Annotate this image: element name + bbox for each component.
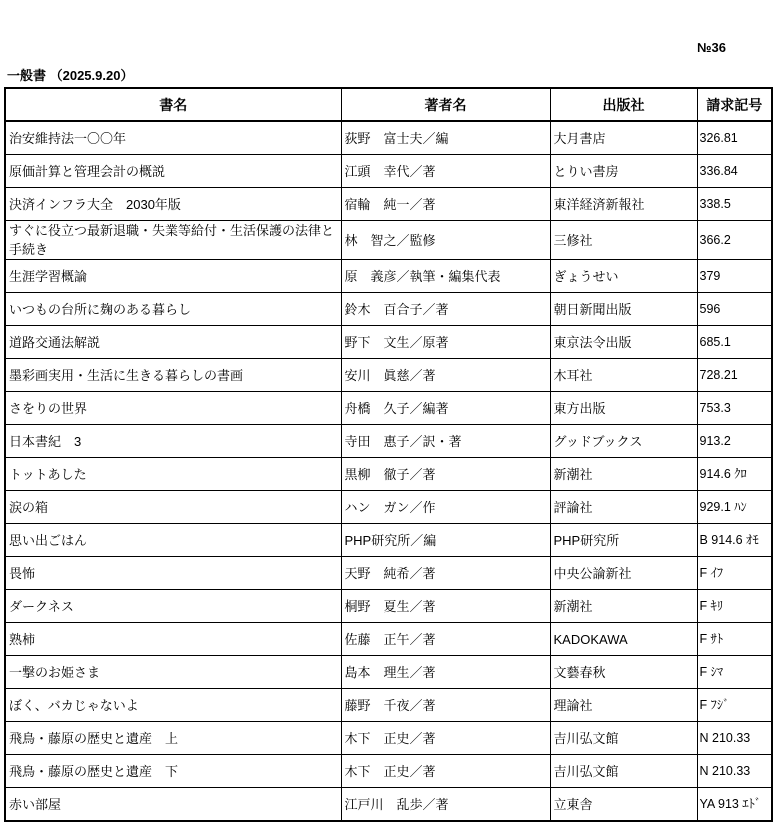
table-row: 生涯学習概論原 義彦／執筆・編集代表ぎょうせい379 <box>5 260 772 293</box>
cell-title: 原価計算と管理会計の概説 <box>5 155 341 188</box>
cell-title: 思い出ごはん <box>5 524 341 557</box>
table-row: ダークネス桐野 夏生／著新潮社F ｷﾘ <box>5 590 772 623</box>
table-row: 涙の箱ハン ガン／作評論社929.1 ﾊﾝ <box>5 491 772 524</box>
cell-call: 338.5 <box>697 188 772 221</box>
cell-title: いつもの台所に麹のある暮らし <box>5 293 341 326</box>
cell-author: 原 義彦／執筆・編集代表 <box>341 260 550 293</box>
table-row: 治安維持法一〇〇年荻野 富士夫／編大月書店326.81 <box>5 121 772 155</box>
cell-title: ぼく、バカじゃないよ <box>5 689 341 722</box>
table-row: 決済インフラ大全 2030年版宿輪 純一／著東洋経済新報社338.5 <box>5 188 772 221</box>
page-title: 一般書 （2025.9.20） <box>7 65 133 84</box>
cell-title: 涙の箱 <box>5 491 341 524</box>
header-author: 著者名 <box>341 88 550 121</box>
header-call-number: 請求記号 <box>697 88 772 121</box>
cell-call: 914.6 ｸﾛ <box>697 458 772 491</box>
cell-author: 江戸川 乱歩／著 <box>341 788 550 822</box>
cell-call: 379 <box>697 260 772 293</box>
cell-call: F ｷﾘ <box>697 590 772 623</box>
table-row: 飛鳥・藤原の歴史と遺産 下木下 正史／著吉川弘文館N 210.33 <box>5 755 772 788</box>
cell-publisher: グッドブックス <box>550 425 697 458</box>
cell-title: 治安維持法一〇〇年 <box>5 121 341 155</box>
cell-author: 宿輪 純一／著 <box>341 188 550 221</box>
cell-call: N 210.33 <box>697 722 772 755</box>
cell-title: すぐに役立つ最新退職・失業等給付・生活保護の法律と手続き <box>5 221 341 260</box>
cell-publisher: 吉川弘文館 <box>550 755 697 788</box>
cell-call: 596 <box>697 293 772 326</box>
cell-publisher: 立東舎 <box>550 788 697 822</box>
cell-publisher: 朝日新聞出版 <box>550 293 697 326</box>
table-row: 墨彩画実用・生活に生きる暮らしの書画安川 眞慈／著木耳社728.21 <box>5 359 772 392</box>
cell-publisher: 新潮社 <box>550 590 697 623</box>
cell-publisher: 評論社 <box>550 491 697 524</box>
cell-author: 野下 文生／原著 <box>341 326 550 359</box>
cell-title: トットあした <box>5 458 341 491</box>
cell-call: YA 913 ｴﾄﾞ <box>697 788 772 822</box>
cell-call: F ｲﾌ <box>697 557 772 590</box>
cell-author: 寺田 惠子／訳・著 <box>341 425 550 458</box>
cell-author: 木下 正史／著 <box>341 722 550 755</box>
header-book-title: 書名 <box>5 88 341 121</box>
cell-call: F ｻﾄ <box>697 623 772 656</box>
table-row: 赤い部屋江戸川 乱歩／著立東舎YA 913 ｴﾄﾞ <box>5 788 772 822</box>
cell-publisher: 東京法令出版 <box>550 326 697 359</box>
table-row: 一撃のお姫さま島本 理生／著文藝春秋F ｼﾏ <box>5 656 772 689</box>
cell-title: 決済インフラ大全 2030年版 <box>5 188 341 221</box>
cell-author: 荻野 富士夫／編 <box>341 121 550 155</box>
cell-author: 江頭 幸代／著 <box>341 155 550 188</box>
cell-publisher: 文藝春秋 <box>550 656 697 689</box>
cell-author: 林 智之／監修 <box>341 221 550 260</box>
cell-title: 日本書紀 3 <box>5 425 341 458</box>
cell-title: 飛鳥・藤原の歴史と遺産 上 <box>5 722 341 755</box>
cell-title: さをりの世界 <box>5 392 341 425</box>
cell-call: 929.1 ﾊﾝ <box>697 491 772 524</box>
cell-publisher: 東方出版 <box>550 392 697 425</box>
cell-call: 728.21 <box>697 359 772 392</box>
cell-author: PHP研究所／編 <box>341 524 550 557</box>
cell-title: 墨彩画実用・生活に生きる暮らしの書画 <box>5 359 341 392</box>
cell-publisher: 吉川弘文館 <box>550 722 697 755</box>
table-row: 原価計算と管理会計の概説江頭 幸代／著とりい書房336.84 <box>5 155 772 188</box>
table-row: 道路交通法解説野下 文生／原著東京法令出版685.1 <box>5 326 772 359</box>
cell-call: B 914.6 ｵﾓ <box>697 524 772 557</box>
cell-call: N 210.33 <box>697 755 772 788</box>
cell-author: 桐野 夏生／著 <box>341 590 550 623</box>
cell-publisher: 木耳社 <box>550 359 697 392</box>
cell-call: F ﾌｼﾞ <box>697 689 772 722</box>
cell-publisher: 中央公論新社 <box>550 557 697 590</box>
table-row: さをりの世界舟橋 久子／編著東方出版753.3 <box>5 392 772 425</box>
cell-call: 913.2 <box>697 425 772 458</box>
cell-publisher: とりい書房 <box>550 155 697 188</box>
cell-call: 753.3 <box>697 392 772 425</box>
cell-title: 飛鳥・藤原の歴史と遺産 下 <box>5 755 341 788</box>
cell-title: 畏怖 <box>5 557 341 590</box>
table-row: 熟柿佐藤 正午／著KADOKAWAF ｻﾄ <box>5 623 772 656</box>
cell-publisher: 東洋経済新報社 <box>550 188 697 221</box>
table-header-row: 書名 著者名 出版社 請求記号 <box>5 88 772 121</box>
cell-author: 舟橋 久子／編著 <box>341 392 550 425</box>
cell-call: 326.81 <box>697 121 772 155</box>
cell-title: 赤い部屋 <box>5 788 341 822</box>
table-row: いつもの台所に麹のある暮らし鈴木 百合子／著朝日新聞出版596 <box>5 293 772 326</box>
header-publisher: 出版社 <box>550 88 697 121</box>
cell-title: 一撃のお姫さま <box>5 656 341 689</box>
table-row: トットあした黒柳 徹子／著新潮社914.6 ｸﾛ <box>5 458 772 491</box>
cell-author: 木下 正史／著 <box>341 755 550 788</box>
table-row: ぼく、バカじゃないよ藤野 千夜／著理論社F ﾌｼﾞ <box>5 689 772 722</box>
book-list-table: 書名 著者名 出版社 請求記号 治安維持法一〇〇年荻野 富士夫／編大月書店326… <box>4 87 773 822</box>
cell-title: 道路交通法解説 <box>5 326 341 359</box>
cell-publisher: PHP研究所 <box>550 524 697 557</box>
cell-title: 熟柿 <box>5 623 341 656</box>
table-row: 飛鳥・藤原の歴史と遺産 上木下 正史／著吉川弘文館N 210.33 <box>5 722 772 755</box>
cell-call: 336.84 <box>697 155 772 188</box>
cell-author: 島本 理生／著 <box>341 656 550 689</box>
cell-call: 685.1 <box>697 326 772 359</box>
doc-number: №36 <box>697 40 726 55</box>
cell-publisher: ぎょうせい <box>550 260 697 293</box>
cell-publisher: 大月書店 <box>550 121 697 155</box>
cell-publisher: 新潮社 <box>550 458 697 491</box>
cell-call: 366.2 <box>697 221 772 260</box>
table-row: 日本書紀 3寺田 惠子／訳・著グッドブックス913.2 <box>5 425 772 458</box>
cell-author: ハン ガン／作 <box>341 491 550 524</box>
cell-author: 黒柳 徹子／著 <box>341 458 550 491</box>
cell-author: 佐藤 正午／著 <box>341 623 550 656</box>
cell-publisher: 三修社 <box>550 221 697 260</box>
cell-title: ダークネス <box>5 590 341 623</box>
table-row: 思い出ごはんPHP研究所／編PHP研究所B 914.6 ｵﾓ <box>5 524 772 557</box>
cell-publisher: KADOKAWA <box>550 623 697 656</box>
cell-call: F ｼﾏ <box>697 656 772 689</box>
cell-title: 生涯学習概論 <box>5 260 341 293</box>
cell-author: 安川 眞慈／著 <box>341 359 550 392</box>
cell-author: 天野 純希／著 <box>341 557 550 590</box>
cell-publisher: 理論社 <box>550 689 697 722</box>
table-row: 畏怖天野 純希／著中央公論新社F ｲﾌ <box>5 557 772 590</box>
cell-author: 鈴木 百合子／著 <box>341 293 550 326</box>
document-page: { "page": { "doc_number": "№36", "title"… <box>0 0 776 824</box>
cell-author: 藤野 千夜／著 <box>341 689 550 722</box>
table-row: すぐに役立つ最新退職・失業等給付・生活保護の法律と手続き林 智之／監修三修社36… <box>5 221 772 260</box>
